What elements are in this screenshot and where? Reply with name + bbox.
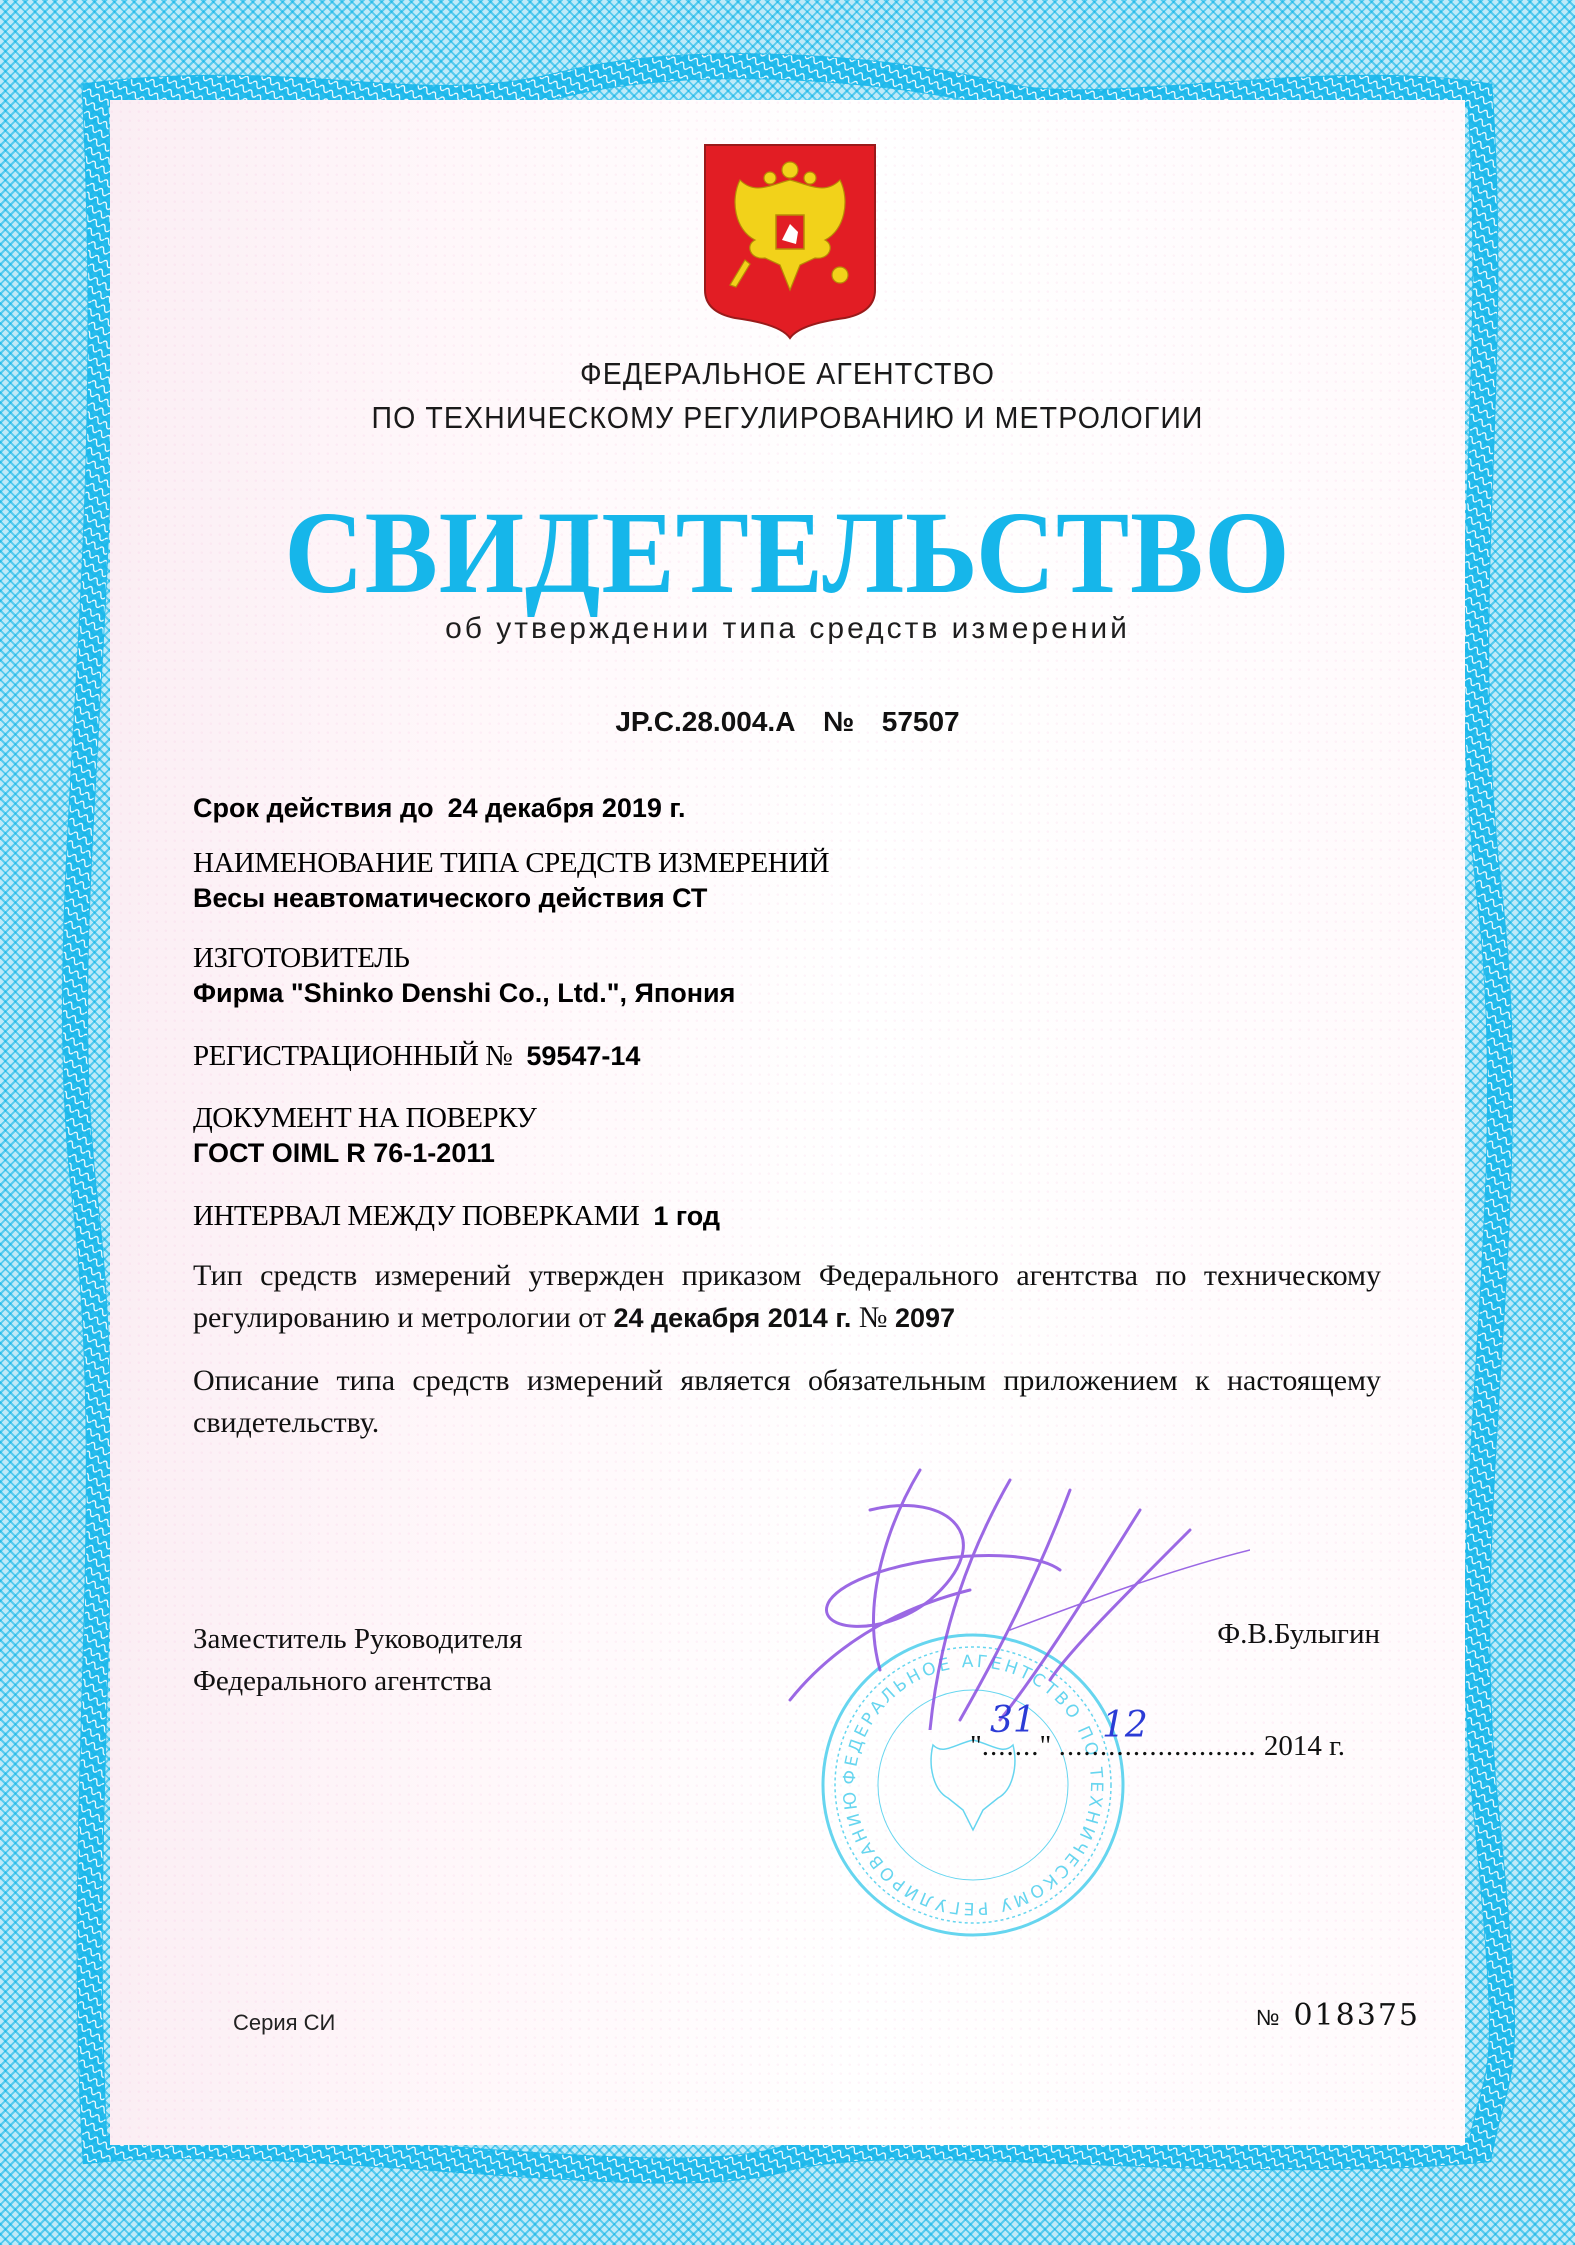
manufacturer-label: ИЗГОТОВИТЕЛЬ [193, 940, 409, 977]
number-sign: № [823, 706, 854, 737]
serial-number: №018375 [1256, 1998, 1420, 2033]
signer-position-line2: Федерального агентства [193, 1660, 522, 1702]
verification-doc-value: ГОСТ OIML R 76-1-2011 [193, 1135, 495, 1172]
agency-name-line2: ПО ТЕХНИЧЕСКОМУ РЕГУЛИРОВАНИЮ И МЕТРОЛОГ… [63, 396, 1512, 440]
certificate-number: JP.C.28.004.A № 57507 [0, 706, 1575, 738]
agency-name-line1: ФЕДЕРАЛЬНОЕ АГЕНТСТВО [63, 352, 1512, 396]
manufacturer-value: Фирма "Shinko Denshi Co., Ltd.", Япония [193, 975, 735, 1012]
approval-paragraph: Тип средств измерений утвержден приказом… [193, 1255, 1381, 1339]
handwritten-day: 31 [990, 1700, 1036, 1741]
interval-value: 1 год [653, 1201, 720, 1231]
serial-number-sign: № [1256, 2005, 1280, 2030]
verification-doc-label: ДОКУМЕНТ НА ПОВЕРКУ [193, 1100, 536, 1137]
registration-label: РЕГИСТРАЦИОННЫЙ № [193, 1040, 512, 1072]
registration-value: 59547-14 [526, 1041, 640, 1071]
validity-value: 24 декабря 2019 г. [448, 793, 686, 823]
russian-coat-of-arms-icon [700, 140, 880, 340]
certificate-code: JP.C.28.004.A [615, 706, 795, 737]
type-name-value: Весы неавтоматического действия СТ [193, 880, 707, 917]
signature-date-year: 2014 г. [1264, 1730, 1345, 1762]
interval-field: ИНТЕРВАЛ МЕЖДУ ПОВЕРКАМИ 1 год [193, 1198, 720, 1235]
certificate-subtitle: об утверждении типа средств измерений [0, 612, 1575, 646]
description-paragraph: Описание типа средств измерений является… [193, 1360, 1381, 1444]
validity-label: Срок действия до [193, 793, 434, 823]
serial-number-value: 018375 [1293, 1998, 1420, 2033]
signer-name: Ф.В.Булыгин [1217, 1618, 1380, 1651]
approval-date: 24 декабря 2014 г. [613, 1303, 851, 1333]
certificate-number-value: 57507 [882, 706, 960, 737]
registration-field: РЕГИСТРАЦИОННЫЙ № 59547-14 [193, 1038, 640, 1075]
certificate-title: СВИДЕТЕЛЬСТВО [55, 488, 1520, 618]
interval-label: ИНТЕРВАЛ МЕЖДУ ПОВЕРКАМИ [193, 1200, 639, 1232]
validity-field: Срок действия до 24 декабря 2019 г. [193, 790, 685, 827]
type-name-label: НАИМЕНОВАНИЕ ТИПА СРЕДСТВ ИЗМЕРЕНИЙ [193, 845, 829, 882]
approval-number: 2097 [895, 1303, 955, 1333]
signer-position-line1: Заместитель Руководителя [193, 1618, 522, 1660]
handwritten-month: 12 [1102, 1705, 1148, 1746]
handwritten-signature [770, 1450, 1250, 1730]
signer-position: Заместитель Руководителя Федерального аг… [193, 1618, 522, 1702]
series-label: Серия СИ [233, 2010, 335, 2036]
